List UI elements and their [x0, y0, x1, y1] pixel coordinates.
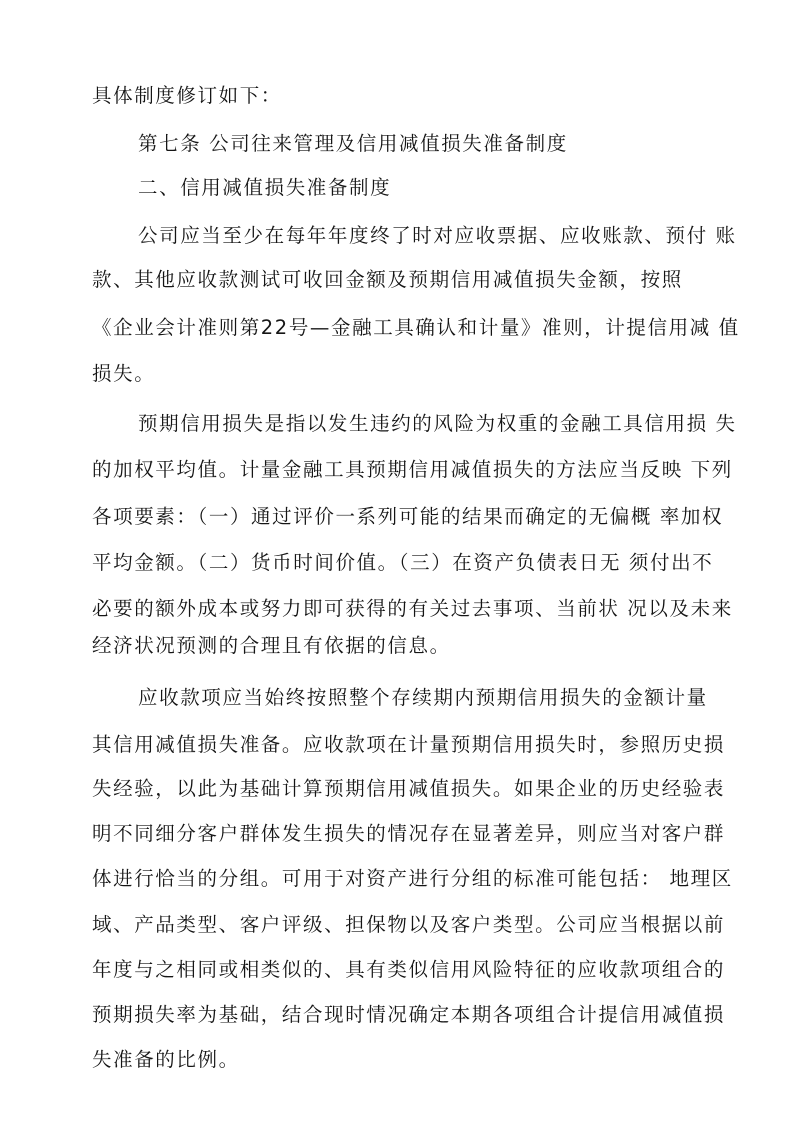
document-page: 具体制度修订如下： 第七条 公司往来管理及信用减值损失准备制度 二、信用减值损失…: [0, 0, 793, 1122]
section-heading: 二、信用减值损失准备制度: [138, 176, 768, 200]
paragraph-line: 明不同细分客户群体发生损失的情况存在显著差异，则应当对客户群: [92, 822, 722, 846]
paragraph-line: 预期损失率为基础，结合现时情况确定本期各项组合计提信用减值损: [92, 1003, 722, 1027]
paragraph-line: 公司应当至少在每年年度终了时对应收票据、应收账款、预付 账: [138, 224, 768, 248]
paragraph-line: 失经验，以此为基础计算预期信用减值损失。如果企业的历史经验表: [92, 777, 722, 801]
paragraph-line: 各项要素：（一）通过评价一系列可能的结果而确定的无偏概 率加权: [92, 505, 722, 529]
paragraph-line: 经济状况预测的合理且有依据的信息。: [92, 634, 722, 658]
paragraph-line: 年度与之相同或相类似的、具有类似信用风险特征的应收款项组合的: [92, 958, 722, 982]
paragraph-line: 预期信用损失是指以发生违约的风险为权重的金融工具信用损 失: [138, 412, 768, 436]
paragraph-line: 《企业会计准则第22号—金融工具确认和计量》准则，计提信用减 值: [92, 316, 722, 340]
paragraph-line: 应收款项应当始终按照整个存续期内预期信用损失的金额计量: [138, 686, 768, 710]
intro-line: 具体制度修订如下：: [92, 84, 722, 108]
paragraph-line: 其信用减值损失准备。应收款项在计量预期信用损失时，参照历史损: [92, 733, 722, 757]
paragraph-line: 损失。: [92, 362, 722, 386]
article-heading: 第七条 公司往来管理及信用减值损失准备制度: [138, 132, 768, 156]
paragraph-line: 必要的额外成本或努力即可获得的有关过去事项、当前状 况以及未来: [92, 597, 722, 621]
paragraph-line: 款、其他应收款测试可收回金额及预期信用减值损失金额，按照: [92, 268, 722, 292]
paragraph-line: 失准备的比例。: [92, 1048, 722, 1072]
paragraph-line: 体进行恰当的分组。可用于对资产进行分组的标准可能包括： 地理区: [92, 867, 722, 891]
paragraph-line: 域、产品类型、客户评级、担保物以及客户类型。公司应当根据以前: [92, 913, 722, 937]
paragraph-line: 平均金额。（二）货币时间价值。（三）在资产负债表日无 须付出不: [92, 551, 722, 575]
paragraph-line: 的加权平均值。计量金融工具预期信用减值损失的方法应当反映 下列: [92, 458, 722, 482]
